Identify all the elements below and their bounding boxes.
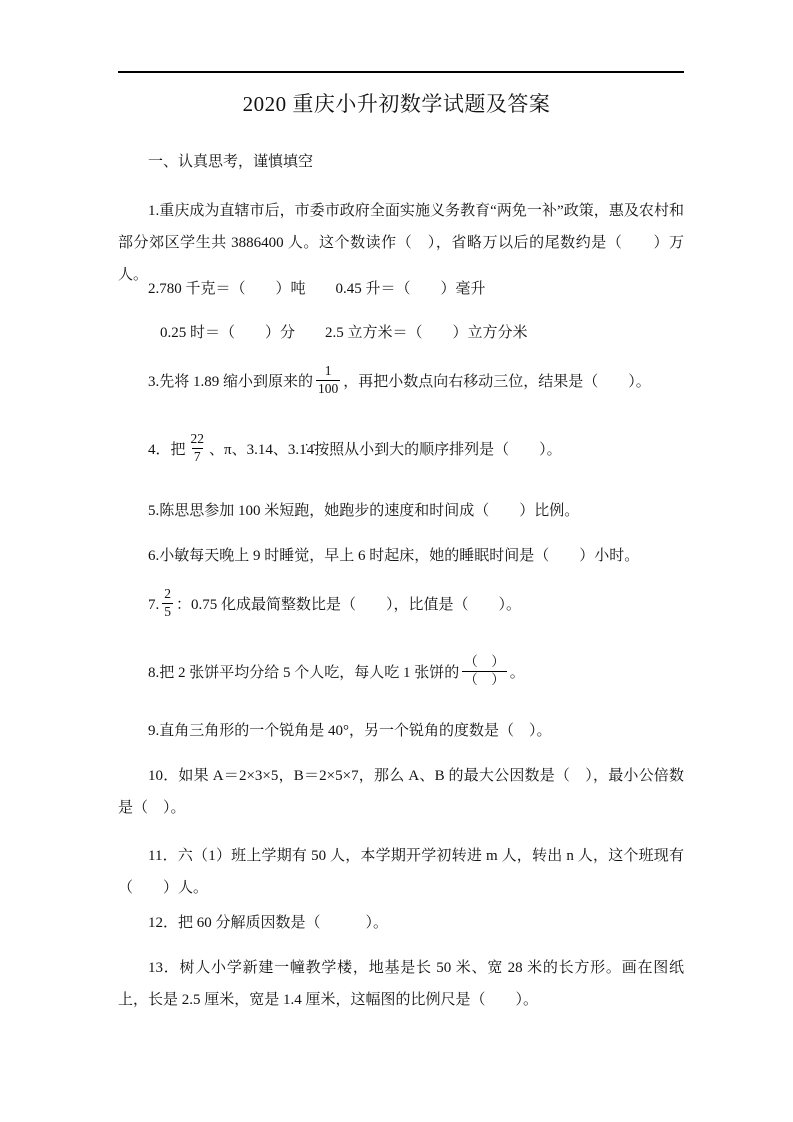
question-12: 12．把 60 分解质因数是（ ）。 xyxy=(118,907,684,939)
fraction: 1100 xyxy=(316,363,340,398)
question-13: 13．树人小学新建一幢教学楼，地基是长 50 米、宽 28 米的长方形。画在图纸… xyxy=(118,952,684,1016)
question-3: 3.先将 1.89 缩小到原来的1100，再把小数点向右移动三位，结果是（ ）。 xyxy=(118,365,684,400)
question-4: 4．把227、π、3.14、3.1̇4̇按照从小到大的顺序排列是（ ）。 xyxy=(118,433,684,468)
fraction-numerator: 1 xyxy=(323,363,334,380)
fraction-denominator: 7 xyxy=(192,448,203,466)
header-rule xyxy=(118,71,684,73)
question-5: 5.陈思思参加 100 米短跑，她跑步的速度和时间成（ ）比例。 xyxy=(118,495,684,527)
question-9: 9.直角三角形的一个锐角是 40°，另一个锐角的度数是（ ）。 xyxy=(118,715,684,747)
question-7: 7.25：0.75 化成最简整数比是（ ），比值是（ ）。 xyxy=(118,588,684,623)
fraction: 25 xyxy=(162,586,173,621)
fraction-denominator: 5 xyxy=(162,603,173,621)
question-2b: 0.25 时＝（ ）分 2.5 立方米＝（ ）立方分米 xyxy=(118,317,684,349)
question-6: 6.小敏每天晚上 9 时睡觉，早上 6 时起床，她的睡眠时间是（ ）小时。 xyxy=(118,540,684,572)
page-title: 2020 重庆小升初数学试题及答案 xyxy=(0,88,793,118)
fraction: 227 xyxy=(189,431,207,466)
question-8: 8.把 2 张饼平均分给 5 个人吃，每人吃 1 张饼的（ ）（ ）。 xyxy=(118,656,684,691)
fraction-numerator: 22 xyxy=(189,431,207,448)
question-10: 10．如果 A＝2×3×5，B＝2×5×7，那么 A、B 的最大公因数是（ ），… xyxy=(118,760,684,824)
question-11: 11．六（1）班上学期有 50 人，本学期开学初转进 m 人，转出 n 人，这个… xyxy=(118,840,684,904)
fraction: （ ）（ ） xyxy=(462,654,507,689)
fraction-denominator: 100 xyxy=(316,380,340,398)
exam-document-page: 2020 重庆小升初数学试题及答案 一、认真思考，谨慎填空 1.重庆成为直辖市后… xyxy=(0,0,793,1122)
fraction-numerator: （ ） xyxy=(462,654,507,671)
question-2a: 2.780 千克＝（ ）吨 0.45 升＝（ ）毫升 xyxy=(118,273,684,305)
fraction-denominator: （ ） xyxy=(462,671,507,689)
fraction-numerator: 2 xyxy=(162,586,173,603)
section-heading: 一、认真思考，谨慎填空 xyxy=(118,146,684,178)
